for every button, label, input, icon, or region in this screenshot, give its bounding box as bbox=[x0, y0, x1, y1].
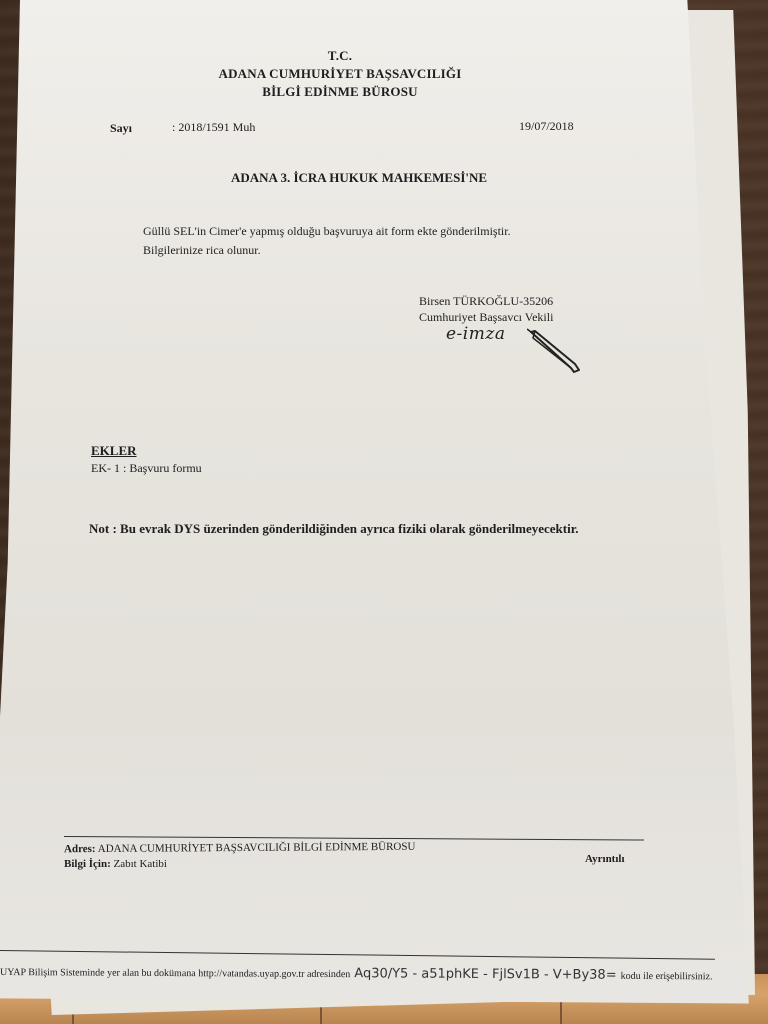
address-value: ADANA CUMHURİYET BAŞSAVCILIĞI BİLGİ EDİN… bbox=[98, 841, 416, 855]
info-label: Bilgi İçin: bbox=[64, 858, 111, 870]
footer-info: Bilgi İçin: Zabıt Katibi bbox=[64, 858, 167, 870]
header-institution: ADANA CUMHURİYET BAŞSAVCILIĞI bbox=[0, 66, 680, 82]
sayi-label: Sayı bbox=[110, 121, 132, 136]
body-line-1: Güllü SEL'in Cimer'e yapmış olduğu başvu… bbox=[143, 224, 511, 239]
signer-name: Birsen TÜRKOĞLU-35206 bbox=[419, 294, 553, 309]
detail-label: Ayrıntılı bbox=[585, 853, 625, 865]
uyap-suffix: kodu ile erişebilirsiniz. bbox=[621, 971, 713, 983]
uyap-prefix: UYAP Bilişim Sisteminde yer alan bu dokü… bbox=[0, 967, 350, 980]
sayi-value: : 2018/1591 Muh bbox=[172, 120, 255, 135]
footer-address: Adres: ADANA CUMHURİYET BAŞSAVCILIĞI BİL… bbox=[64, 841, 416, 855]
dys-note: Not : Bu evrak DYS üzerinden gönderildiğ… bbox=[89, 521, 579, 537]
document-page: T.C. ADANA CUMHURİYET BAŞSAVCILIĞI BİLGİ… bbox=[0, 0, 768, 1024]
signer-title: Cumhuriyet Başsavcı Vekili bbox=[419, 310, 553, 325]
e-signature-label: e-imza bbox=[446, 324, 505, 344]
document-date: 19/07/2018 bbox=[519, 119, 574, 134]
header-office: BİLGİ EDİNME BÜROSU bbox=[0, 84, 680, 100]
pen-icon bbox=[527, 328, 583, 376]
attachments-heading: EKLER bbox=[91, 443, 137, 459]
uyap-access-line: UYAP Bilişim Sisteminde yer alan bu dokü… bbox=[0, 962, 713, 984]
address-label: Adres: bbox=[64, 843, 96, 855]
attachment-item: EK- 1 : Başvuru formu bbox=[91, 461, 202, 476]
recipient-court: ADANA 3. İCRA HUKUK MAHKEMESİ'NE bbox=[231, 170, 487, 186]
header-tc: T.C. bbox=[0, 48, 680, 64]
uyap-verification-code: Aq30/Y5 - a51phKE - FjlSv1B - V+By38= bbox=[354, 966, 616, 983]
uyap-divider bbox=[0, 950, 715, 960]
footer-divider bbox=[64, 836, 644, 841]
info-value: Zabıt Katibi bbox=[114, 858, 167, 870]
body-line-2: Bilgilerinize rica olunur. bbox=[143, 243, 261, 258]
